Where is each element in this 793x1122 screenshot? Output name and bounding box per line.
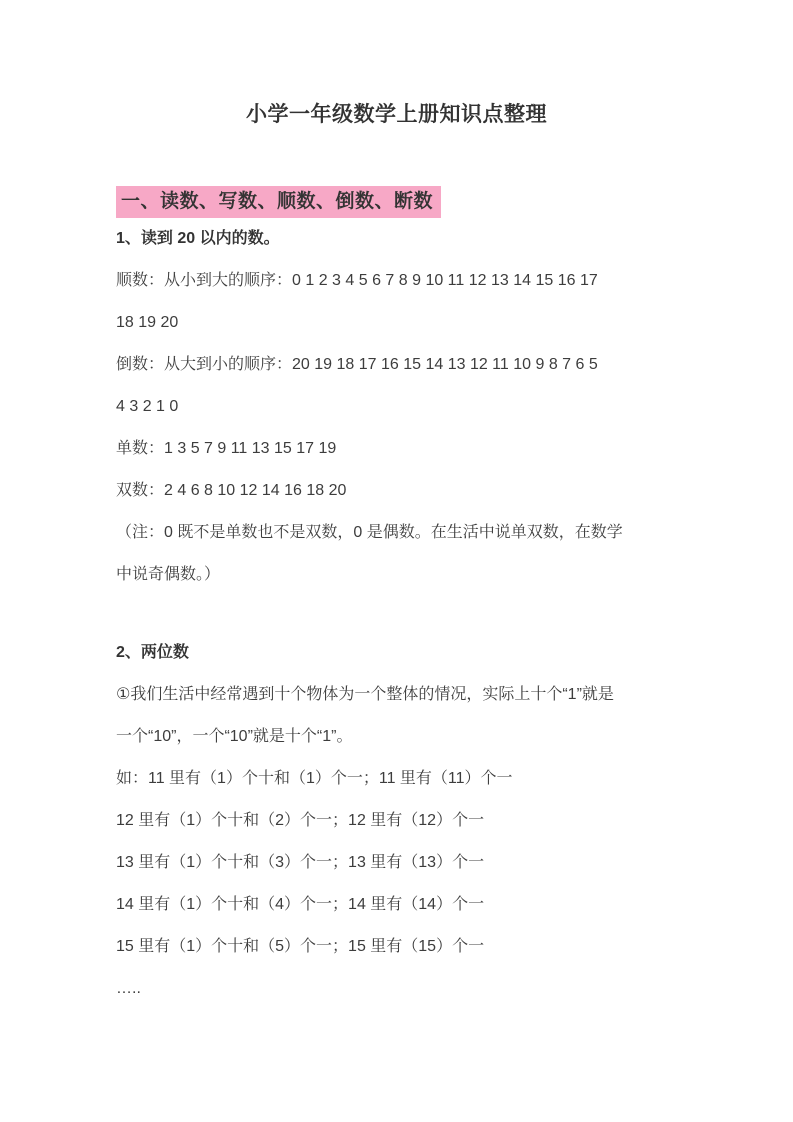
paragraph-shuangshu: 双数：2 4 6 8 10 12 14 16 18 20 — [116, 470, 677, 512]
document-title: 小学一年级数学上册知识点整理 — [116, 100, 677, 130]
section-1: 一、读数、写数、顺数、倒数、断数 — [116, 186, 677, 218]
paragraph-danshu: 单数：1 3 5 7 9 11 13 15 17 19 — [116, 428, 677, 470]
paragraph-ellipsis: ….. — [116, 968, 677, 1010]
paragraph-shunshu: 顺数：从小到大的顺序：0 1 2 3 4 5 6 7 8 9 10 11 12 … — [116, 260, 677, 344]
document-page: 小学一年级数学上册知识点整理 一、读数、写数、顺数、倒数、断数 1、读到 20 … — [0, 0, 793, 1122]
paragraph-daoshu: 倒数：从大到小的顺序：20 19 18 17 16 15 14 13 12 11… — [116, 344, 677, 428]
paragraph-example-15: 15 里有（1）个十和（5）个一；15 里有（15）个一 — [116, 926, 677, 968]
paragraph-example-14: 14 里有（1）个十和（4）个一；14 里有（14）个一 — [116, 884, 677, 926]
page-content: 小学一年级数学上册知识点整理 一、读数、写数、顺数、倒数、断数 1、读到 20 … — [0, 0, 793, 1010]
paragraph-example-11: 如：11 里有（1）个十和（1）个一；11 里有（11）个一 — [116, 758, 677, 800]
paragraph-two-digit-intro: ①我们生活中经常遇到十个物体为一个整体的情况，实际上十个“1”就是 一个“10”… — [116, 674, 677, 758]
paragraph-note: （注：0 既不是单数也不是双数，0 是偶数。在生活中说单双数，在数学 中说奇偶数… — [116, 512, 677, 596]
subsection-2-heading: 2、两位数 — [116, 632, 677, 674]
paragraph-example-12: 12 里有（1）个十和（2）个一；12 里有（12）个一 — [116, 800, 677, 842]
subsection-1-heading: 1、读到 20 以内的数。 — [116, 218, 677, 260]
paragraph-example-13: 13 里有（1）个十和（3）个一；13 里有（13）个一 — [116, 842, 677, 884]
section-1-heading-highlighted: 一、读数、写数、顺数、倒数、断数 — [116, 186, 441, 218]
